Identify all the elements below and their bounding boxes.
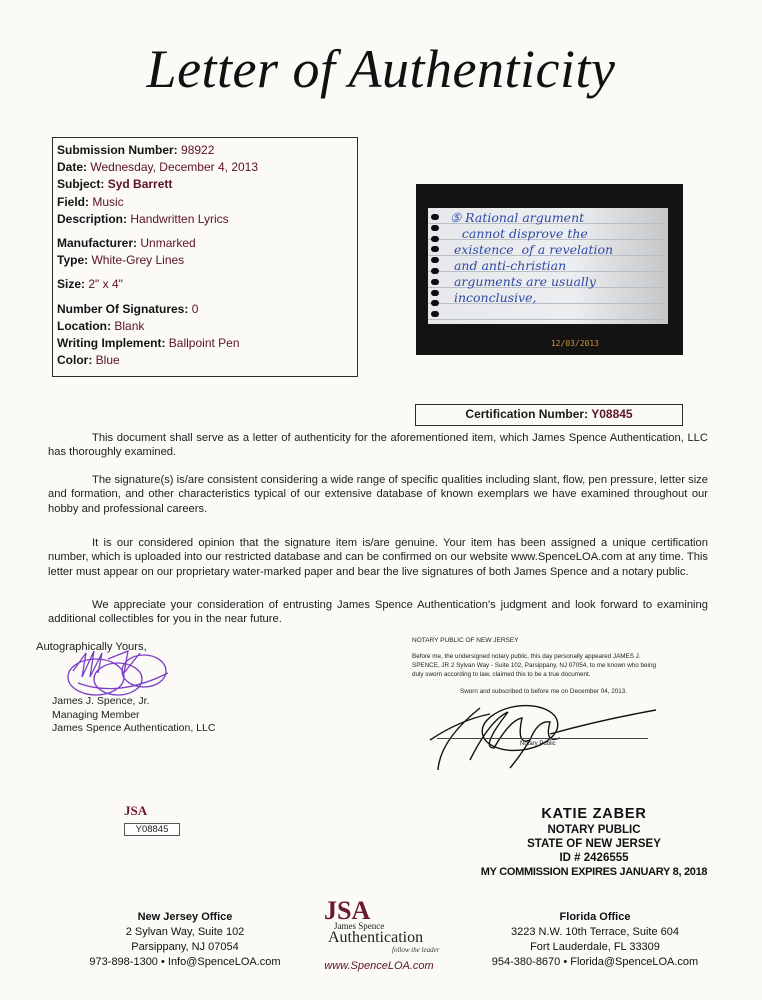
value: 0 — [192, 302, 199, 316]
nj-office: New Jersey Office 2 Sylvan Way, Suite 10… — [60, 910, 310, 970]
office-contact: 954-380-8670 • Florida@SpenceLOA.com — [470, 955, 720, 970]
manufacturer: Manufacturer: Unmarked — [57, 235, 357, 252]
item-photo: ⑤ Rational argument cannot disprove the … — [416, 184, 683, 355]
signatory-company: James Spence Authentication, LLC — [52, 722, 215, 736]
value: Handwritten Lyrics — [130, 212, 228, 226]
signatory-name: James J. Spence, Jr. — [52, 695, 215, 709]
office-address-1: 2 Sylvan Way, Suite 102 — [60, 925, 310, 940]
label: Location: — [57, 319, 111, 333]
jsa-logo: JSA James Spence Authentication follow t… — [312, 900, 452, 972]
notary-name: KATIE ZABER — [480, 806, 708, 823]
hologram-number: Y08845 — [124, 823, 180, 836]
office-heading: Florida Office — [470, 910, 720, 925]
fl-office: Florida Office 3223 N.W. 10th Terrace, S… — [470, 910, 720, 970]
submission-number: Submission Number: 98922 — [57, 142, 357, 159]
field: Field: Music — [57, 194, 357, 211]
notary-signature-line — [437, 738, 648, 739]
type: Type: White-Grey Lines — [57, 252, 357, 269]
label: Certification Number: — [465, 407, 588, 421]
notary-id: ID # 2426555 — [480, 851, 708, 865]
description: Description: Handwritten Lyrics — [57, 211, 357, 228]
office-contact: 973-898-1300 • Info@SpenceLOA.com — [60, 955, 310, 970]
website-link[interactable]: www.SpenceLOA.com — [304, 960, 454, 972]
label: Manufacturer: — [57, 236, 137, 250]
value: Syd Barrett — [108, 177, 173, 191]
notary-heading: NOTARY PUBLIC OF NEW JERSEY — [412, 637, 519, 644]
label: Subject: — [57, 177, 104, 191]
value: 2" x 4" — [88, 277, 123, 291]
notary-text: Before me, the undersigned notary public… — [412, 652, 662, 680]
item-info-box: Submission Number: 98922 Date: Wednesday… — [52, 137, 358, 377]
notary-expiration: MY COMMISSION EXPIRES JANUARY 8, 2018 — [480, 865, 708, 879]
label: Date: — [57, 160, 87, 174]
color: Color: Blue — [57, 352, 357, 369]
paragraph-1: This document shall serve as a letter of… — [48, 431, 708, 460]
signatory-role: Managing Member — [52, 709, 215, 723]
notary-line-label: Notary Public — [520, 741, 556, 747]
notary-stamp: KATIE ZABER NOTARY PUBLIC STATE OF NEW J… — [480, 806, 708, 879]
handwritten-lyrics: ⑤ Rational argument cannot disprove the … — [450, 210, 613, 306]
photo-date-stamp: 12/03/2013 — [551, 339, 599, 348]
value: Music — [92, 195, 123, 209]
label: Size: — [57, 277, 85, 291]
value: Unmarked — [140, 236, 195, 250]
label: Color: — [57, 353, 92, 367]
value: 98922 — [181, 143, 214, 157]
spence-signature-icon — [58, 643, 178, 703]
binder-holes — [431, 214, 439, 322]
value: Ballpoint Pen — [169, 336, 240, 350]
logo-jsa: JSA — [324, 900, 452, 922]
label: Field: — [57, 195, 89, 209]
label: Number Of Signatures: — [57, 302, 188, 316]
jsa-brand: JSA — [124, 803, 180, 819]
office-address-1: 3223 N.W. 10th Terrace, Suite 604 — [470, 925, 720, 940]
paragraph-2: The signature(s) is/are consistent consi… — [48, 473, 708, 516]
value: Wednesday, December 4, 2013 — [90, 160, 258, 174]
signatory: James J. Spence, Jr. Managing Member Jam… — [52, 695, 215, 736]
notary-sworn: Sworn and subscribed to before me on Dec… — [460, 688, 627, 695]
location: Location: Blank — [57, 318, 357, 335]
lyrics-paper: ⑤ Rational argument cannot disprove the … — [428, 208, 668, 324]
value: Blank — [114, 319, 144, 333]
value: Blue — [96, 353, 120, 367]
office-address-2: Fort Lauderdale, FL 33309 — [470, 940, 720, 955]
office-address-2: Parsippany, NJ 07054 — [60, 940, 310, 955]
writing-implement: Writing Implement: Ballpoint Pen — [57, 335, 357, 352]
page-title: Letter of Authenticity — [0, 38, 762, 100]
subject: Subject: Syd Barrett — [57, 176, 357, 193]
label: Type: — [57, 253, 88, 267]
certification-number: Y08845 — [591, 407, 632, 421]
paragraph-3: It is our considered opinion that the si… — [48, 536, 708, 579]
logo-tagline: follow the leader — [392, 946, 452, 954]
label: Description: — [57, 212, 127, 226]
notary-signature-icon — [420, 700, 660, 772]
office-heading: New Jersey Office — [60, 910, 310, 925]
notary-state: STATE OF NEW JERSEY — [480, 837, 708, 851]
number-of-signatures: Number Of Signatures: 0 — [57, 301, 357, 318]
certification-number-box: Certification Number: Y08845 — [415, 404, 683, 426]
paragraph-4: We appreciate your consideration of entr… — [48, 598, 708, 627]
value: White-Grey Lines — [91, 253, 184, 267]
notary-title: NOTARY PUBLIC — [480, 823, 708, 837]
label: Submission Number: — [57, 143, 178, 157]
size: Size: 2" x 4" — [57, 276, 357, 293]
logo-authentication: Authentication — [328, 930, 452, 946]
date: Date: Wednesday, December 4, 2013 — [57, 159, 357, 176]
jsa-hologram-sticker: JSA Y08845 — [124, 803, 180, 837]
label: Writing Implement: — [57, 336, 165, 350]
